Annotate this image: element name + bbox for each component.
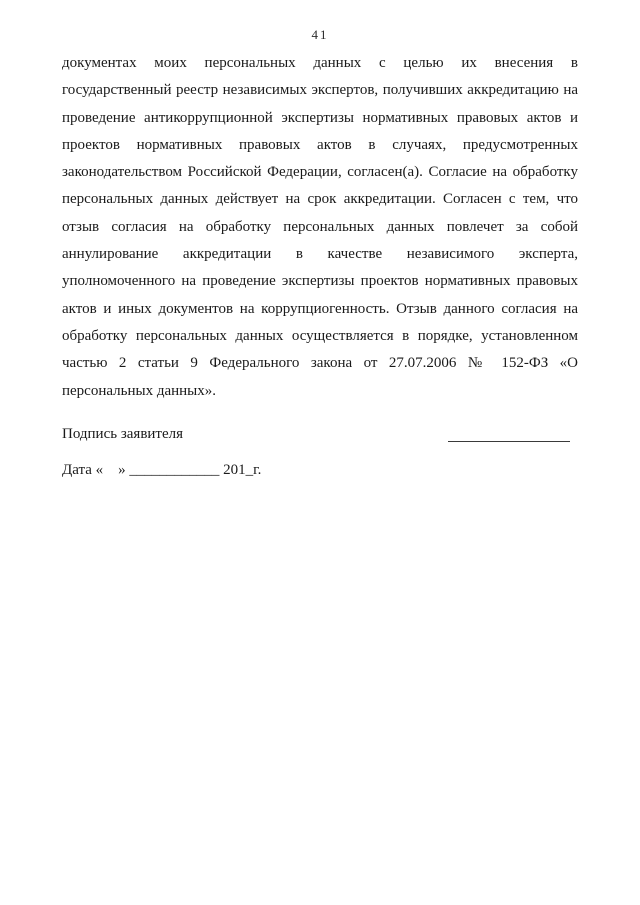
page-number: 41 [0,27,640,43]
paragraph-line: актов и иных документов на коррупциогенн… [62,296,578,323]
paragraph-line: проектов нормативных правовых актов в сл… [62,132,578,159]
document-page: 41 документах моих персональных данных с… [0,0,640,905]
paragraph-line: уполномоченного на проведение экспертизы… [62,268,578,295]
signature-label: Подпись заявителя [62,424,183,444]
paragraph-line: персональных данных действует на срок ак… [62,186,578,213]
paragraph-line: персональных данных». [62,378,578,405]
paragraph-line: частью 2 статьи 9 Федерального закона от… [62,350,578,377]
consent-paragraph: документах моих персональных данных с це… [62,50,578,405]
paragraph-line: обработку персональных данных осуществля… [62,323,578,350]
date-line: Дата « » ____________ 201_г. [62,460,261,480]
signature-blank-line [448,441,570,442]
paragraph-line: государственный реестр независимых экспе… [62,77,578,104]
paragraph-line: законодательством Российской Федерации, … [62,159,578,186]
paragraph-line: документах моих персональных данных с це… [62,50,578,77]
paragraph-line: аннулирование аккредитации в качестве не… [62,241,578,268]
paragraph-line: отзыв согласия на обработку персональных… [62,214,578,241]
signature-row: Подпись заявителя [62,424,574,444]
paragraph-line: проведение антикоррупционной экспертизы … [62,105,578,132]
